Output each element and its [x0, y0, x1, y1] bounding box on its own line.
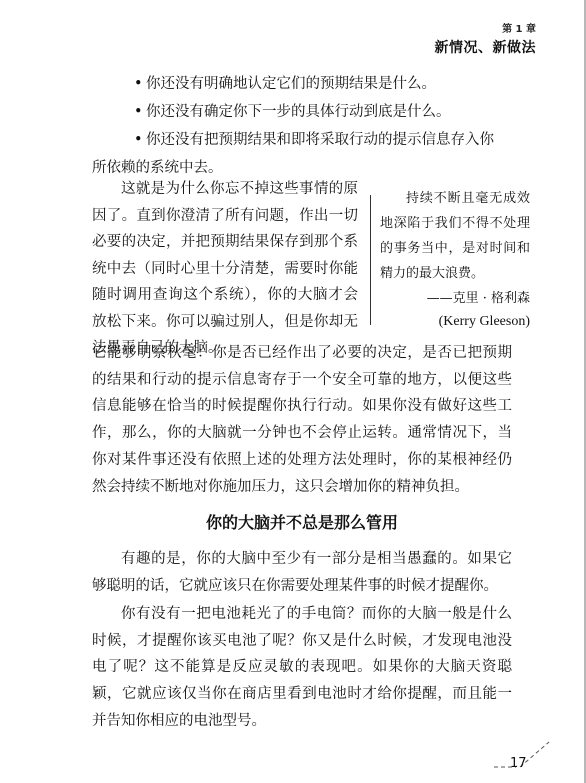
paragraph: 这就是为什么你忘不掉这些事情的原因了。直到你澄清了所有问题，作出一切必要的决定，… [92, 176, 358, 362]
quote-attribution: ——克里 · 格利森 [380, 286, 530, 311]
paragraph: 有趣的是，你的大脑中至少有一部分是相当愚蠢的。如果它够聪明的话，它就应该只在你需… [92, 546, 512, 599]
running-header: 第 1 章 新情况、新做法 [435, 20, 537, 57]
chapter-number: 第 1 章 [435, 20, 537, 35]
quote-attribution-english: (Kerry Gleeson) [380, 311, 530, 333]
bullet-item: •你还没有明确地认定它们的预期结果是什么。 [92, 70, 512, 98]
paragraph: 你有没有一把电池耗光了的手电筒？而你的大脑一般是什么时候，才提醒你该买电池了呢？… [92, 601, 512, 735]
bullet-icon: • [134, 126, 146, 154]
paragraph: 它能够明察秋毫：你是否已经作出了必要的决定，是否已把预期的结果和行动的提示信息寄… [92, 340, 512, 500]
page-number: 17 [510, 756, 527, 771]
bullet-icon: • [134, 70, 146, 98]
sidebar-divider [370, 195, 371, 325]
bullet-icon: • [134, 98, 146, 126]
bullet-list: •你还没有明确地认定它们的预期结果是什么。 •你还没有确定你下一步的具体行动到底… [92, 70, 512, 182]
section-heading: 你的大脑并不总是那么管用 [92, 510, 512, 533]
chapter-title: 新情况、新做法 [435, 37, 537, 57]
quote-text: 持续不断且毫无成效地深陷于我们不得不处理的事务当中，是对时间和精力的最大浪费。 [380, 186, 530, 286]
bullet-item: •你还没有确定你下一步的具体行动到底是什么。 [92, 98, 512, 126]
bullet-item: •你还没有把预期结果和即将采取行动的提示信息存入你 [92, 126, 512, 154]
sidebar-quote: 持续不断且毫无成效地深陷于我们不得不处理的事务当中，是对时间和精力的最大浪费。 … [380, 186, 530, 333]
